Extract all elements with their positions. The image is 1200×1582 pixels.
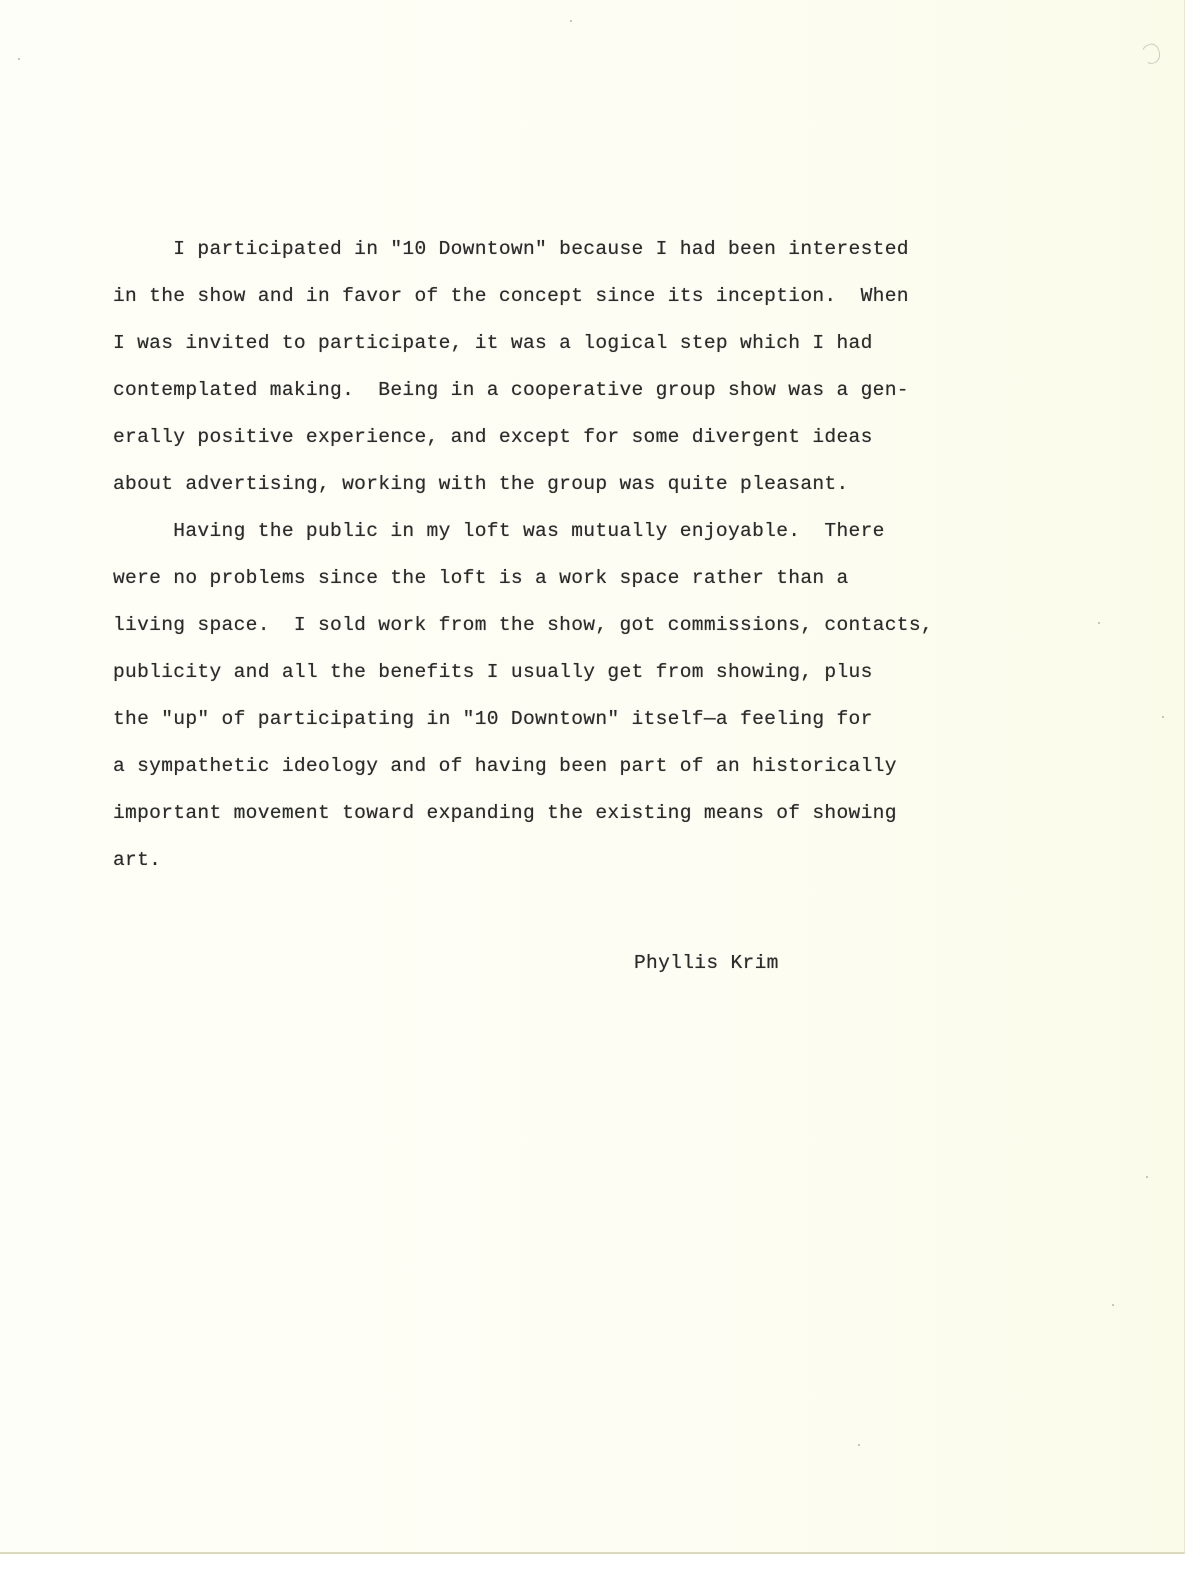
text-line: Having the public in my loft was mutuall… — [113, 508, 1073, 555]
paper-speck — [858, 1444, 860, 1446]
signature: Phyllis Krim — [634, 952, 779, 974]
corner-pencil-mark — [1139, 42, 1163, 67]
paper-speck — [1098, 622, 1100, 624]
text-line: a sympathetic ideology and of having bee… — [113, 743, 1073, 790]
text-line: important movement toward expanding the … — [113, 790, 1073, 837]
text-line: the "up" of participating in "10 Downtow… — [113, 696, 1073, 743]
text-line: I participated in "10 Downtown" because … — [113, 226, 1073, 273]
text-line: about advertising, working with the grou… — [113, 461, 1073, 508]
paper-speck — [1112, 1304, 1114, 1306]
paper-speck — [1146, 1176, 1148, 1178]
paper-speck — [1162, 716, 1164, 718]
text-line: contemplated making. Being in a cooperat… — [113, 367, 1073, 414]
text-line: publicity and all the benefits I usually… — [113, 649, 1073, 696]
text-line: in the show and in favor of the concept … — [113, 273, 1073, 320]
text-line: were no problems since the loft is a wor… — [113, 555, 1073, 602]
typewritten-page: I participated in "10 Downtown" because … — [0, 0, 1185, 1554]
paper-speck — [18, 58, 20, 60]
text-line: living space. I sold work from the show,… — [113, 602, 1073, 649]
paragraph-2: Having the public in my loft was mutuall… — [113, 508, 1073, 884]
text-line: erally positive experience, and except f… — [113, 414, 1073, 461]
text-line: I was invited to participate, it was a l… — [113, 320, 1073, 367]
letter-body: I participated in "10 Downtown" because … — [113, 226, 1073, 884]
paragraph-1: I participated in "10 Downtown" because … — [113, 226, 1073, 508]
paper-speck — [570, 20, 572, 22]
text-line: art. — [113, 837, 1073, 884]
